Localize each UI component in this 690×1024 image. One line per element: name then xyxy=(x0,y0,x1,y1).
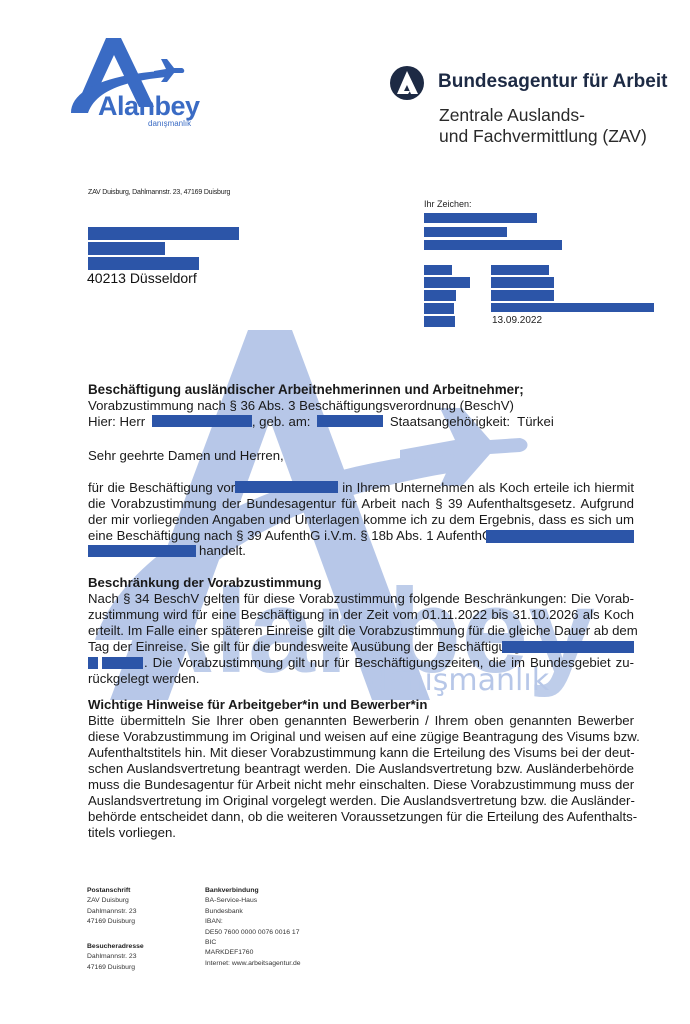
ba-logo-icon xyxy=(389,65,425,101)
alanbey-logo: Alanbey danışmanlık xyxy=(66,35,216,130)
section3-line5: muss die Bundesagentur für Arbeit nicht … xyxy=(88,777,634,793)
footer-postal: Postanschrift ZAV Duisburg Dahlmannstr. … xyxy=(87,886,137,928)
para1-line5: handelt. xyxy=(199,543,246,559)
redacted-employer xyxy=(235,481,338,493)
subject-line2: Vorabzustimmung nach § 36 Abs. 3 Beschäf… xyxy=(88,398,514,414)
para1-line1: für die Beschäftigung vor in Ihrem Unter… xyxy=(88,480,634,496)
section2-line4: Tag der Einreise. Sie gilt für die bunde… xyxy=(88,639,521,655)
section2-line6: rückgelegt werden. xyxy=(88,671,199,687)
redacted-birthdate xyxy=(317,415,383,427)
redacted-ref-3 xyxy=(424,240,562,250)
redacted-label-5 xyxy=(424,316,455,327)
section2-line3: erteilt. Im Falle einer späteren Einreis… xyxy=(88,623,634,639)
alanbey-tagline: danışmanlık xyxy=(148,119,191,128)
section3-heading: Wichtige Hinweise für Arbeitgeber*in und… xyxy=(88,697,427,713)
section2-line5: . Die Vorabzustimmung gilt nur für Besch… xyxy=(144,655,634,671)
section3-line1: Bitte übermitteln Sie Ihrer oben genannt… xyxy=(88,713,634,729)
footer-postal-heading: Postanschrift xyxy=(87,886,137,896)
redacted-label-1 xyxy=(424,265,452,275)
ba-subtitle-line2: und Fachvermittlung (ZAV) xyxy=(439,126,647,147)
section2-heading: Beschränkung der Vorabzustimmung xyxy=(88,575,322,591)
redacted-occupation-2 xyxy=(88,545,196,557)
para1-line3: der mir vorliegenden Angaben und Unterla… xyxy=(88,512,634,528)
footer-bank: Bankverbindung BA-Service-Haus Bundesban… xyxy=(205,886,301,969)
redacted-value-3 xyxy=(491,290,554,301)
footer-bank-heading: Bankverbindung xyxy=(205,886,301,896)
footer-bic: MARKDEF1760 xyxy=(205,948,301,958)
para1-line4: eine Beschäftigung nach § 39 AufenthG i.… xyxy=(88,528,492,544)
reference-label: Ihr Zeichen: xyxy=(424,199,472,209)
ba-subtitle-line1: Zentrale Auslands- xyxy=(439,105,585,126)
subject-title: Beschäftigung ausländischer Arbeitnehmer… xyxy=(88,382,524,398)
redacted-ref-2 xyxy=(424,227,507,237)
subject-birth-label: , geb. am: xyxy=(252,414,311,429)
section3-line4: schen Auslandsvertretung beantragt werde… xyxy=(88,761,634,777)
footer-visitor: Besucheradresse Dahlmannstr. 23 47169 Du… xyxy=(87,942,144,973)
para1-line2: die Vorabzustimmung der Bundesagentur fü… xyxy=(88,496,634,512)
redacted-label-2 xyxy=(424,277,470,288)
redacted-label-4 xyxy=(424,303,454,314)
redacted-region-3 xyxy=(102,657,143,669)
footer-iban: DE50 7600 0000 0076 0016 17 xyxy=(205,928,301,938)
redacted-label-3 xyxy=(424,290,456,301)
footer-visitor-heading: Besucheradresse xyxy=(87,942,144,952)
redacted-recipient-street xyxy=(88,257,199,270)
section3-line7: behörde entscheidet dann, ob die weitere… xyxy=(88,809,634,825)
section3-line8: titels vorliegen. xyxy=(88,825,176,841)
recipient-city: 40213 Düsseldorf xyxy=(87,270,197,286)
section3-line2: diese Vorabzustimmung im Original und we… xyxy=(88,729,634,745)
section3-line3: Aufenthaltstitels hin. Mit dieser Vorabz… xyxy=(88,745,634,761)
subject-nationality: Staatsangehörigkeit: Türkei xyxy=(390,414,554,429)
sender-line: ZAV Duisburg, Dahlmannstr. 23, 47169 Dui… xyxy=(88,189,230,196)
subject-line3: Hier: Herr , geb. am: Staatsangehörigkei… xyxy=(88,414,554,430)
section2-line1: Nach § 34 BeschV gelten für diese Vorabz… xyxy=(88,591,634,607)
redacted-recipient-name xyxy=(88,227,239,240)
redacted-occupation-1 xyxy=(486,530,634,543)
redacted-value-2 xyxy=(491,277,554,288)
section2-line2: zustimmung wird für eine Beschäftigung i… xyxy=(88,607,634,623)
footer-website: Internet: www.arbeitsagentur.de xyxy=(205,959,301,969)
ba-logo xyxy=(389,65,425,106)
redacted-region-1 xyxy=(502,641,634,653)
letter-date: 13.09.2022 xyxy=(492,315,542,326)
salutation: Sehr geehrte Damen und Herren, xyxy=(88,448,284,464)
redacted-value-4 xyxy=(491,303,654,312)
section3-line6: Auslandsvertretung im Original vorgelegt… xyxy=(88,793,634,809)
redacted-applicant-name xyxy=(152,415,252,427)
redacted-recipient-company xyxy=(88,242,165,255)
alanbey-name: Alanbey xyxy=(98,91,200,122)
ba-title: Bundesagentur für Arbeit xyxy=(438,71,667,93)
redacted-ref-1 xyxy=(424,213,537,223)
subject-herr: Hier: Herr xyxy=(88,414,145,429)
redacted-value-1 xyxy=(491,265,549,275)
redacted-region-2 xyxy=(88,657,98,669)
